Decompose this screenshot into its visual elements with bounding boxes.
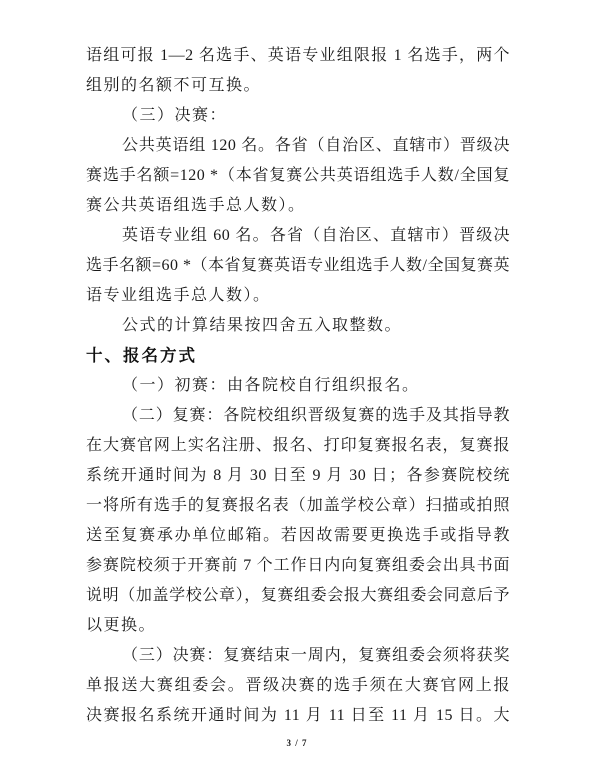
text-line: 说明（加盖学校公章），复赛组委会报大赛组委会同意后予 <box>86 581 510 611</box>
text-line: （二）复赛：各院校组织晋级复赛的选手及其指导教师 <box>86 401 510 431</box>
page-number: 3 / 7 <box>0 738 594 748</box>
text-line: 决赛报名系统开通时间为 11 月 11 日至 11 月 15 日。大 <box>86 701 510 731</box>
text-line: （三）决赛： <box>86 101 510 131</box>
text-line: 以更换。 <box>86 611 510 641</box>
text-line: 公共英语组 120 名。各省（自治区、直辖市）晋级决 <box>86 131 510 161</box>
text-line: 一将所有选手的复赛报名表（加盖学校公章）扫描或拍照发 <box>86 491 510 521</box>
text-line: 语专业组选手总人数）。 <box>86 281 510 311</box>
text-line: 组别的名额不可互换。 <box>86 71 510 101</box>
text-line: 赛公共英语组选手总人数）。 <box>86 191 510 221</box>
text-line: 赛选手名额=120 *（本省复赛公共英语组选手人数/全国复 <box>86 161 510 191</box>
text-line: 参赛院校须于开赛前 7 个工作日内向复赛组委会出具书面 <box>86 551 510 581</box>
text-line: 语组可报 1—2 名选手、英语专业组限报 1 名选手，两个 <box>86 41 510 71</box>
text-line: （三）决赛：复赛结束一周内，复赛组委会须将获奖名 <box>86 641 510 671</box>
document-body: 语组可报 1—2 名选手、英语专业组限报 1 名选手，两个组别的名额不可互换。（… <box>86 41 510 731</box>
text-line: 选手名额=60 *（本省复赛英语专业组选手人数/全国复赛英 <box>86 251 510 281</box>
text-line: 在大赛官网上实名注册、报名、打印复赛报名表，复赛报名 <box>86 431 510 461</box>
text-line: 公式的计算结果按四舍五入取整数。 <box>86 311 510 341</box>
text-line: 单报送大赛组委会。晋级决赛的选手须在大赛官网上报名， <box>86 671 510 701</box>
text-line: 系统开通时间为 8 月 30 日至 9 月 30 日；各参赛院校统 <box>86 461 510 491</box>
text-line: 英语专业组 60 名。各省（自治区、直辖市）晋级决赛 <box>86 221 510 251</box>
document-page: 语组可报 1—2 名选手、英语专业组限报 1 名选手，两个组别的名额不可互换。（… <box>0 0 594 782</box>
text-line: 送至复赛承办单位邮箱。若因故需要更换选手或指导教师， <box>86 521 510 551</box>
text-line: （一）初赛：由各院校自行组织报名。 <box>86 371 510 401</box>
section-heading: 十、报名方式 <box>86 341 510 371</box>
